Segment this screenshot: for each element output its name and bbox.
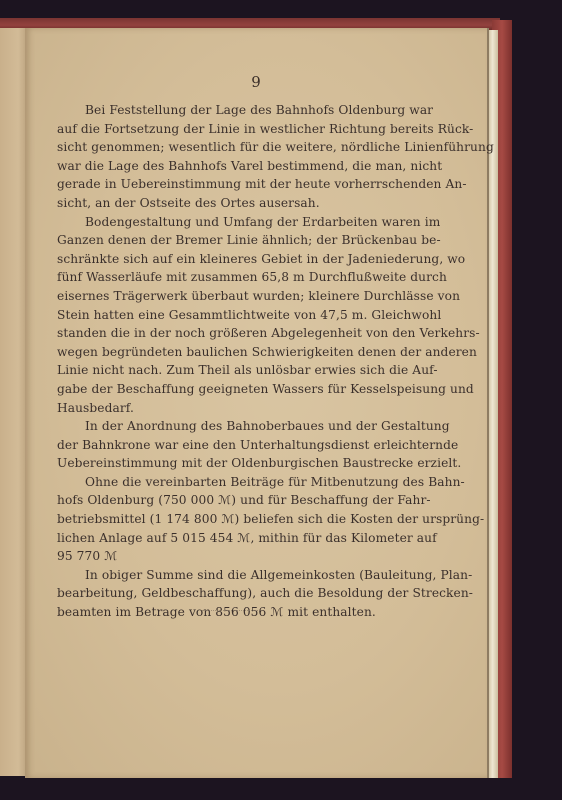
- page-body: Bei Feststellung der Lage des Bahnhofs O…: [57, 101, 385, 622]
- text-line: sicht, an der Ostseite des Ortes ausersa…: [57, 194, 385, 213]
- paragraph-3: In der Anordnung des Bahnoberbaues und d…: [57, 417, 385, 473]
- paragraph-2: Bodengestaltung und Umfang der Erdarbeit…: [57, 213, 385, 418]
- book-page: 9 Bei Feststellung der Lage des Bahnhofs…: [25, 28, 489, 778]
- paragraph-4: Ohne die vereinbarten Beiträge für Mitbe…: [57, 473, 385, 566]
- text-line: eisernes Trägerwerk überbaut wurden; kle…: [57, 287, 385, 306]
- text-line: betriebsmittel (1 174 800 ℳ) beliefen si…: [57, 510, 385, 529]
- text-line: gabe der Beschaffung geeigneten Wassers …: [57, 380, 385, 399]
- text-line: lichen Anlage auf 5 015 454 ℳ, mithin fü…: [57, 529, 385, 548]
- text-line: bearbeitung, Geldbeschaffung), auch die …: [57, 584, 385, 603]
- text-line: Hausbedarf.: [57, 399, 385, 418]
- text-line: In der Anordnung des Bahnoberbaues und d…: [57, 417, 385, 436]
- text-line: In obiger Summe sind die Allgemeinkosten…: [57, 566, 385, 585]
- page-number: 9: [25, 73, 487, 91]
- text-line: Bodengestaltung und Umfang der Erdarbeit…: [57, 213, 385, 232]
- text-line: Linie nicht nach. Zum Theil als unlösbar…: [57, 361, 385, 380]
- text-line: der Bahnkrone war eine den Unterhaltungs…: [57, 436, 385, 455]
- text-line: wegen begründeten baulichen Schwierigkei…: [57, 343, 385, 362]
- text-line: Bei Feststellung der Lage des Bahnhofs O…: [57, 101, 385, 120]
- text-line: auf die Fortsetzung der Linie in westlic…: [57, 120, 385, 139]
- text-line: schränkte sich auf ein kleineres Gebiet …: [57, 250, 385, 269]
- paragraph-1: Bei Feststellung der Lage des Bahnhofs O…: [57, 101, 385, 213]
- text-line: sicht genommen; wesentlich für die weite…: [57, 138, 385, 157]
- decorative-rule: [202, 604, 262, 611]
- text-line: hofs Oldenburg (750 000 ℳ) und für Besch…: [57, 491, 385, 510]
- text-line: 95 770 ℳ: [57, 547, 385, 566]
- text-line: Ganzen denen der Bremer Linie ähnlich; d…: [57, 231, 385, 250]
- text-line: Stein hatten eine Gesammtlichtweite von …: [57, 306, 385, 325]
- text-line: fünf Wasserläufe mit zusammen 65,8 m Dur…: [57, 268, 385, 287]
- text-line: Uebereinstimmung mit der Oldenburgischen…: [57, 454, 385, 473]
- facing-page-edge: [0, 28, 27, 776]
- text-line: standen die in der noch größeren Abgeleg…: [57, 324, 385, 343]
- paragraph-5: In obiger Summe sind die Allgemeinkosten…: [57, 566, 385, 622]
- text-line: war die Lage des Bahnhofs Varel bestimme…: [57, 157, 385, 176]
- text-line: Ohne die vereinbarten Beiträge für Mitbe…: [57, 473, 385, 492]
- text-line: gerade in Uebereinstimmung mit der heute…: [57, 175, 385, 194]
